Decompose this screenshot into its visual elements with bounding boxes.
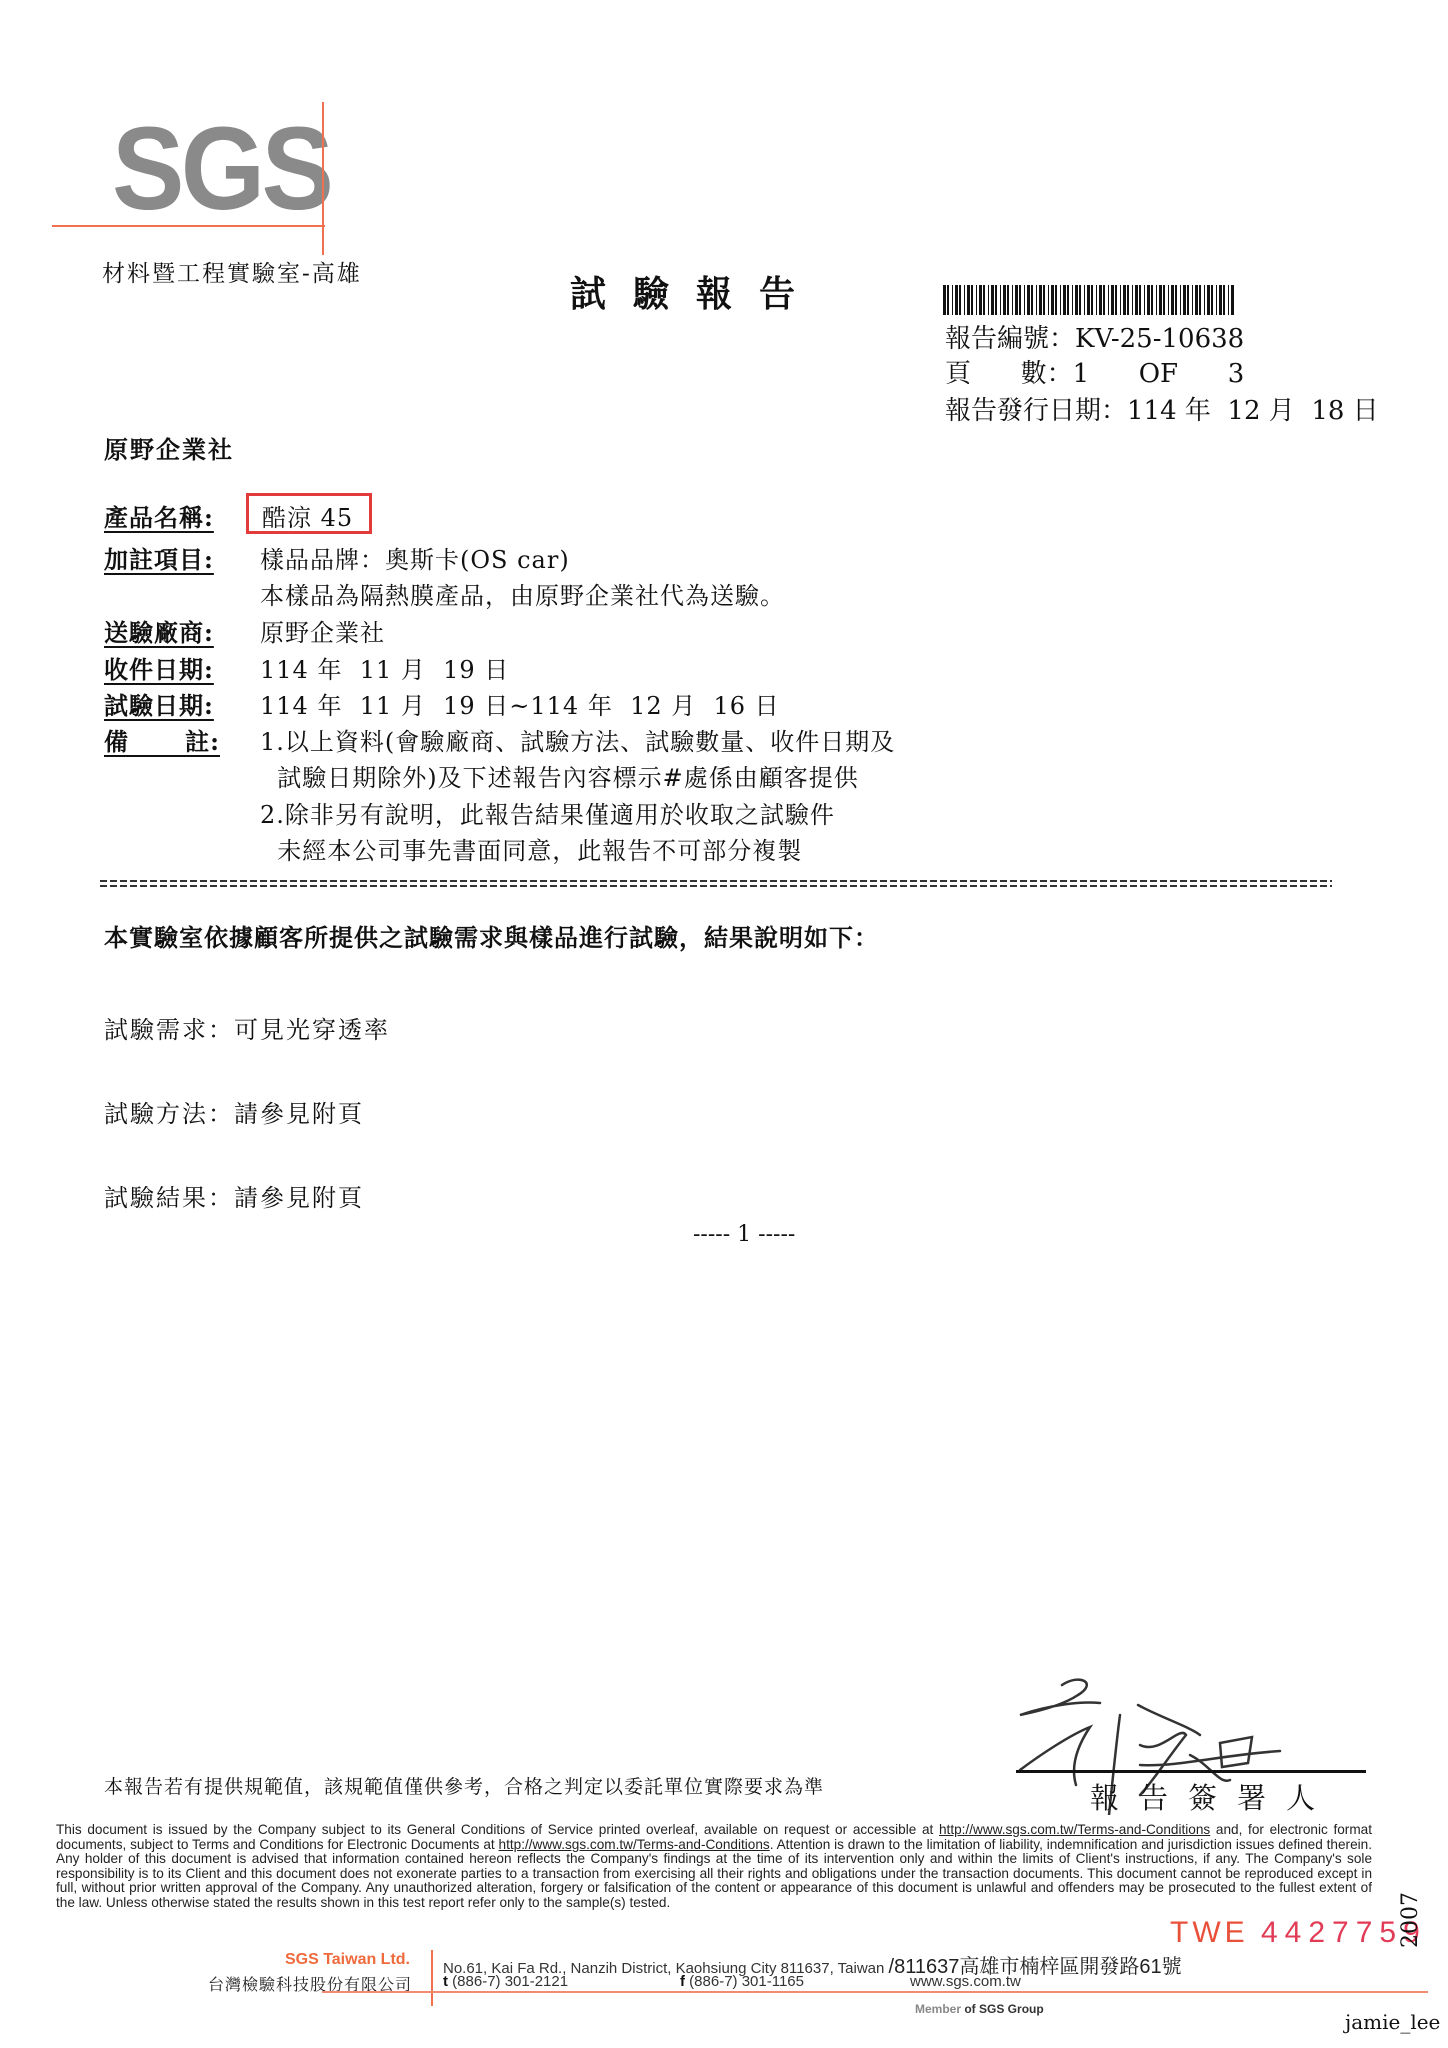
username: jamie_lee (1345, 2010, 1440, 2034)
lab-name: 材料暨工程實驗室-高雄 (102, 255, 362, 288)
remark-line-2: 試驗日期除外)及下述報告內容標示#處係由顧客提供 (260, 758, 859, 793)
sgs-logo: SGS (112, 110, 330, 228)
report-number: 報告編號：KV-25-10638 (945, 318, 1244, 355)
page-count: 頁 數：1 OF 3 (945, 353, 1244, 390)
fax: f (886-7) 301-1165 (680, 1973, 804, 1990)
company-name-en: SGS Taiwan Ltd. (200, 1951, 410, 1969)
value-product-name: 酷涼 45 (262, 498, 353, 533)
disclaimer-chinese: 本報告若有提供規範值，該規範值僅供參考，合格之判定以委託單位實際要求為準 (104, 1772, 824, 1799)
remark-line-3: 2.除非另有說明，此報告結果僅適用於收取之試驗件 (260, 795, 835, 830)
logo-vertical-rule (322, 102, 324, 255)
value-sample-description: 本樣品為隔熱膜產品，由原野企業社代為送驗。 (260, 576, 785, 611)
remark-line-4: 未經本公司事先書面同意，此報告不可部分複製 (260, 831, 802, 866)
barcode (943, 285, 1235, 315)
double-dash-separator (100, 880, 1332, 888)
test-requirement: 試驗需求：可見光穿透率 (104, 1010, 390, 1045)
label-notes-item: 加註項目: (104, 540, 214, 575)
test-method: 試驗方法：請參見附頁 (104, 1094, 364, 1129)
serial-number: TWE 4427759 (1170, 1916, 1427, 1950)
label-submitter: 送驗廠商: (104, 613, 214, 648)
label-remarks: 備 註: (104, 722, 220, 757)
signature-line (1016, 1770, 1366, 1773)
logo-horizontal-rule (52, 225, 325, 227)
client-name: 原野企業社 (104, 430, 234, 465)
intro-statement: 本實驗室依據顧客所提供之試驗需求與樣品進行試驗，結果說明如下： (104, 918, 879, 953)
remark-line-1: 1.以上資料(會驗廠商、試驗方法、試驗數量、收件日期及 (260, 722, 895, 757)
page-marker: ----- 1 ----- (693, 1222, 795, 1247)
website-link[interactable]: www.sgs.com.tw (910, 1973, 1021, 1990)
document-title: 試驗報告 (570, 266, 822, 317)
label-received-date: 收件日期: (104, 650, 214, 685)
signatory-label: 報告簽署人 (1090, 1776, 1335, 1817)
footer-divider-horizontal (322, 1991, 1428, 1993)
legal-notice: This document is issued by the Company s… (56, 1823, 1372, 1910)
form-year: 2007 (1398, 1892, 1423, 1948)
label-test-date: 試驗日期: (104, 686, 214, 721)
issue-date: 報告發行日期：114 年 12 月 18 日 (945, 390, 1379, 427)
test-result: 試驗結果：請參見附頁 (104, 1178, 364, 1213)
label-product-name: 產品名稱: (104, 498, 214, 533)
terms-link[interactable]: http://www.sgs.com.tw/Terms-and-Conditio… (939, 1822, 1210, 1837)
value-sample-brand: 樣品品牌：奧斯卡(OS car) (260, 540, 570, 575)
member-of-sgs-group: Member of SGS Group (915, 2002, 1044, 2016)
value-test-date: 114 年 11 月 19 日~114 年 12 月 16 日 (260, 686, 780, 721)
value-submitter: 原野企業社 (260, 613, 385, 648)
value-received-date: 114 年 11 月 19 日 (260, 650, 509, 685)
terms-link-electronic[interactable]: http://www.sgs.com.tw/Terms-and-Conditio… (499, 1837, 770, 1852)
footer-divider-vertical (431, 1950, 433, 2006)
telephone: t (886-7) 301-2121 (443, 1973, 568, 1990)
